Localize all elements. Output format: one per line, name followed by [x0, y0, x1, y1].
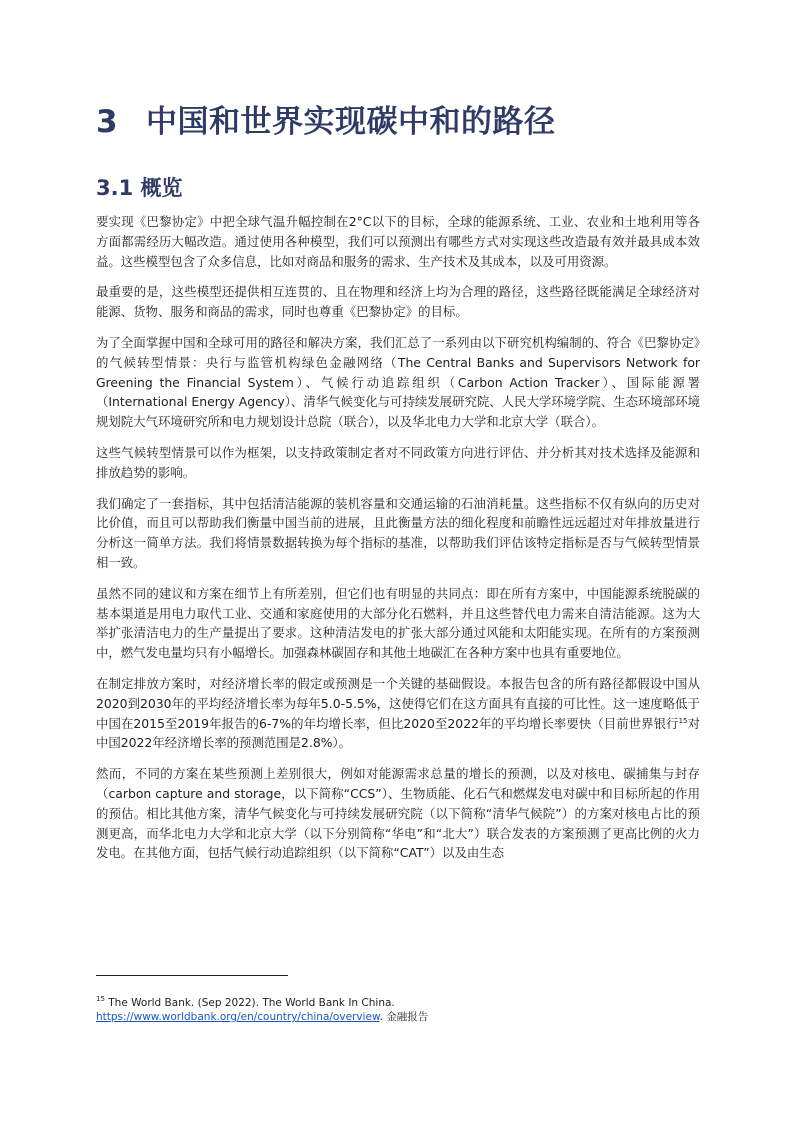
- chapter-title: 中国和世界实现碳中和的路径: [146, 104, 556, 140]
- paragraph: 虽然不同的建议和方案在细节上有所差别，但它们也有明显的共同点：即在所有方案中，中…: [96, 584, 700, 663]
- footnote-ref[interactable]: 15: [679, 717, 688, 725]
- paragraph: 要实现《巴黎协定》中把全球气温升幅控制在2°C以下的目标，全球的能源系统、工业、…: [96, 212, 700, 271]
- paragraph: 在制定排放方案时，对经济增长率的假定或预测是一个关键的基础假设。本报告包含的所有…: [96, 674, 700, 753]
- chapter-heading: 3中国和世界实现碳中和的路径: [96, 96, 556, 141]
- footnote: 15 The World Bank. (Sep 2022). The World…: [96, 996, 700, 1024]
- body-text: 要实现《巴黎协定》中把全球气温升幅控制在2°C以下的目标，全球的能源系统、工业、…: [96, 212, 700, 874]
- footnote-link[interactable]: https://www.worldbank.org/en/country/chi…: [96, 1011, 380, 1023]
- footnote-number: 15: [96, 995, 105, 1003]
- chapter-number: 3: [96, 104, 146, 140]
- paragraph: 我们确定了一套指标，其中包括清洁能源的装机容量和交通运输的石油消耗量。这些指标不…: [96, 494, 700, 573]
- paragraph: 然而，不同的方案在某些预测上差别很大，例如对能源需求总量的增长的预测，以及对核电…: [96, 764, 700, 863]
- footnote-suffix: . 金融报告: [380, 1011, 429, 1023]
- footnote-divider: [96, 975, 288, 976]
- paragraph: 为了全面掌握中国和全球可用的路径和解决方案，我们汇总了一系列由以下研究机构编制的…: [96, 333, 700, 432]
- paragraph: 这些气候转型情景可以作为框架，以支持政策制定者对不同政策方向进行评估、并分析其对…: [96, 443, 700, 483]
- paragraph: 最重要的是，这些模型还提供相互连贯的、且在物理和经济上均为合理的路径，这些路径既…: [96, 282, 700, 322]
- section-heading: 3.1 概览: [96, 172, 183, 202]
- footnote-text: The World Bank. (Sep 2022). The World Ba…: [108, 997, 394, 1009]
